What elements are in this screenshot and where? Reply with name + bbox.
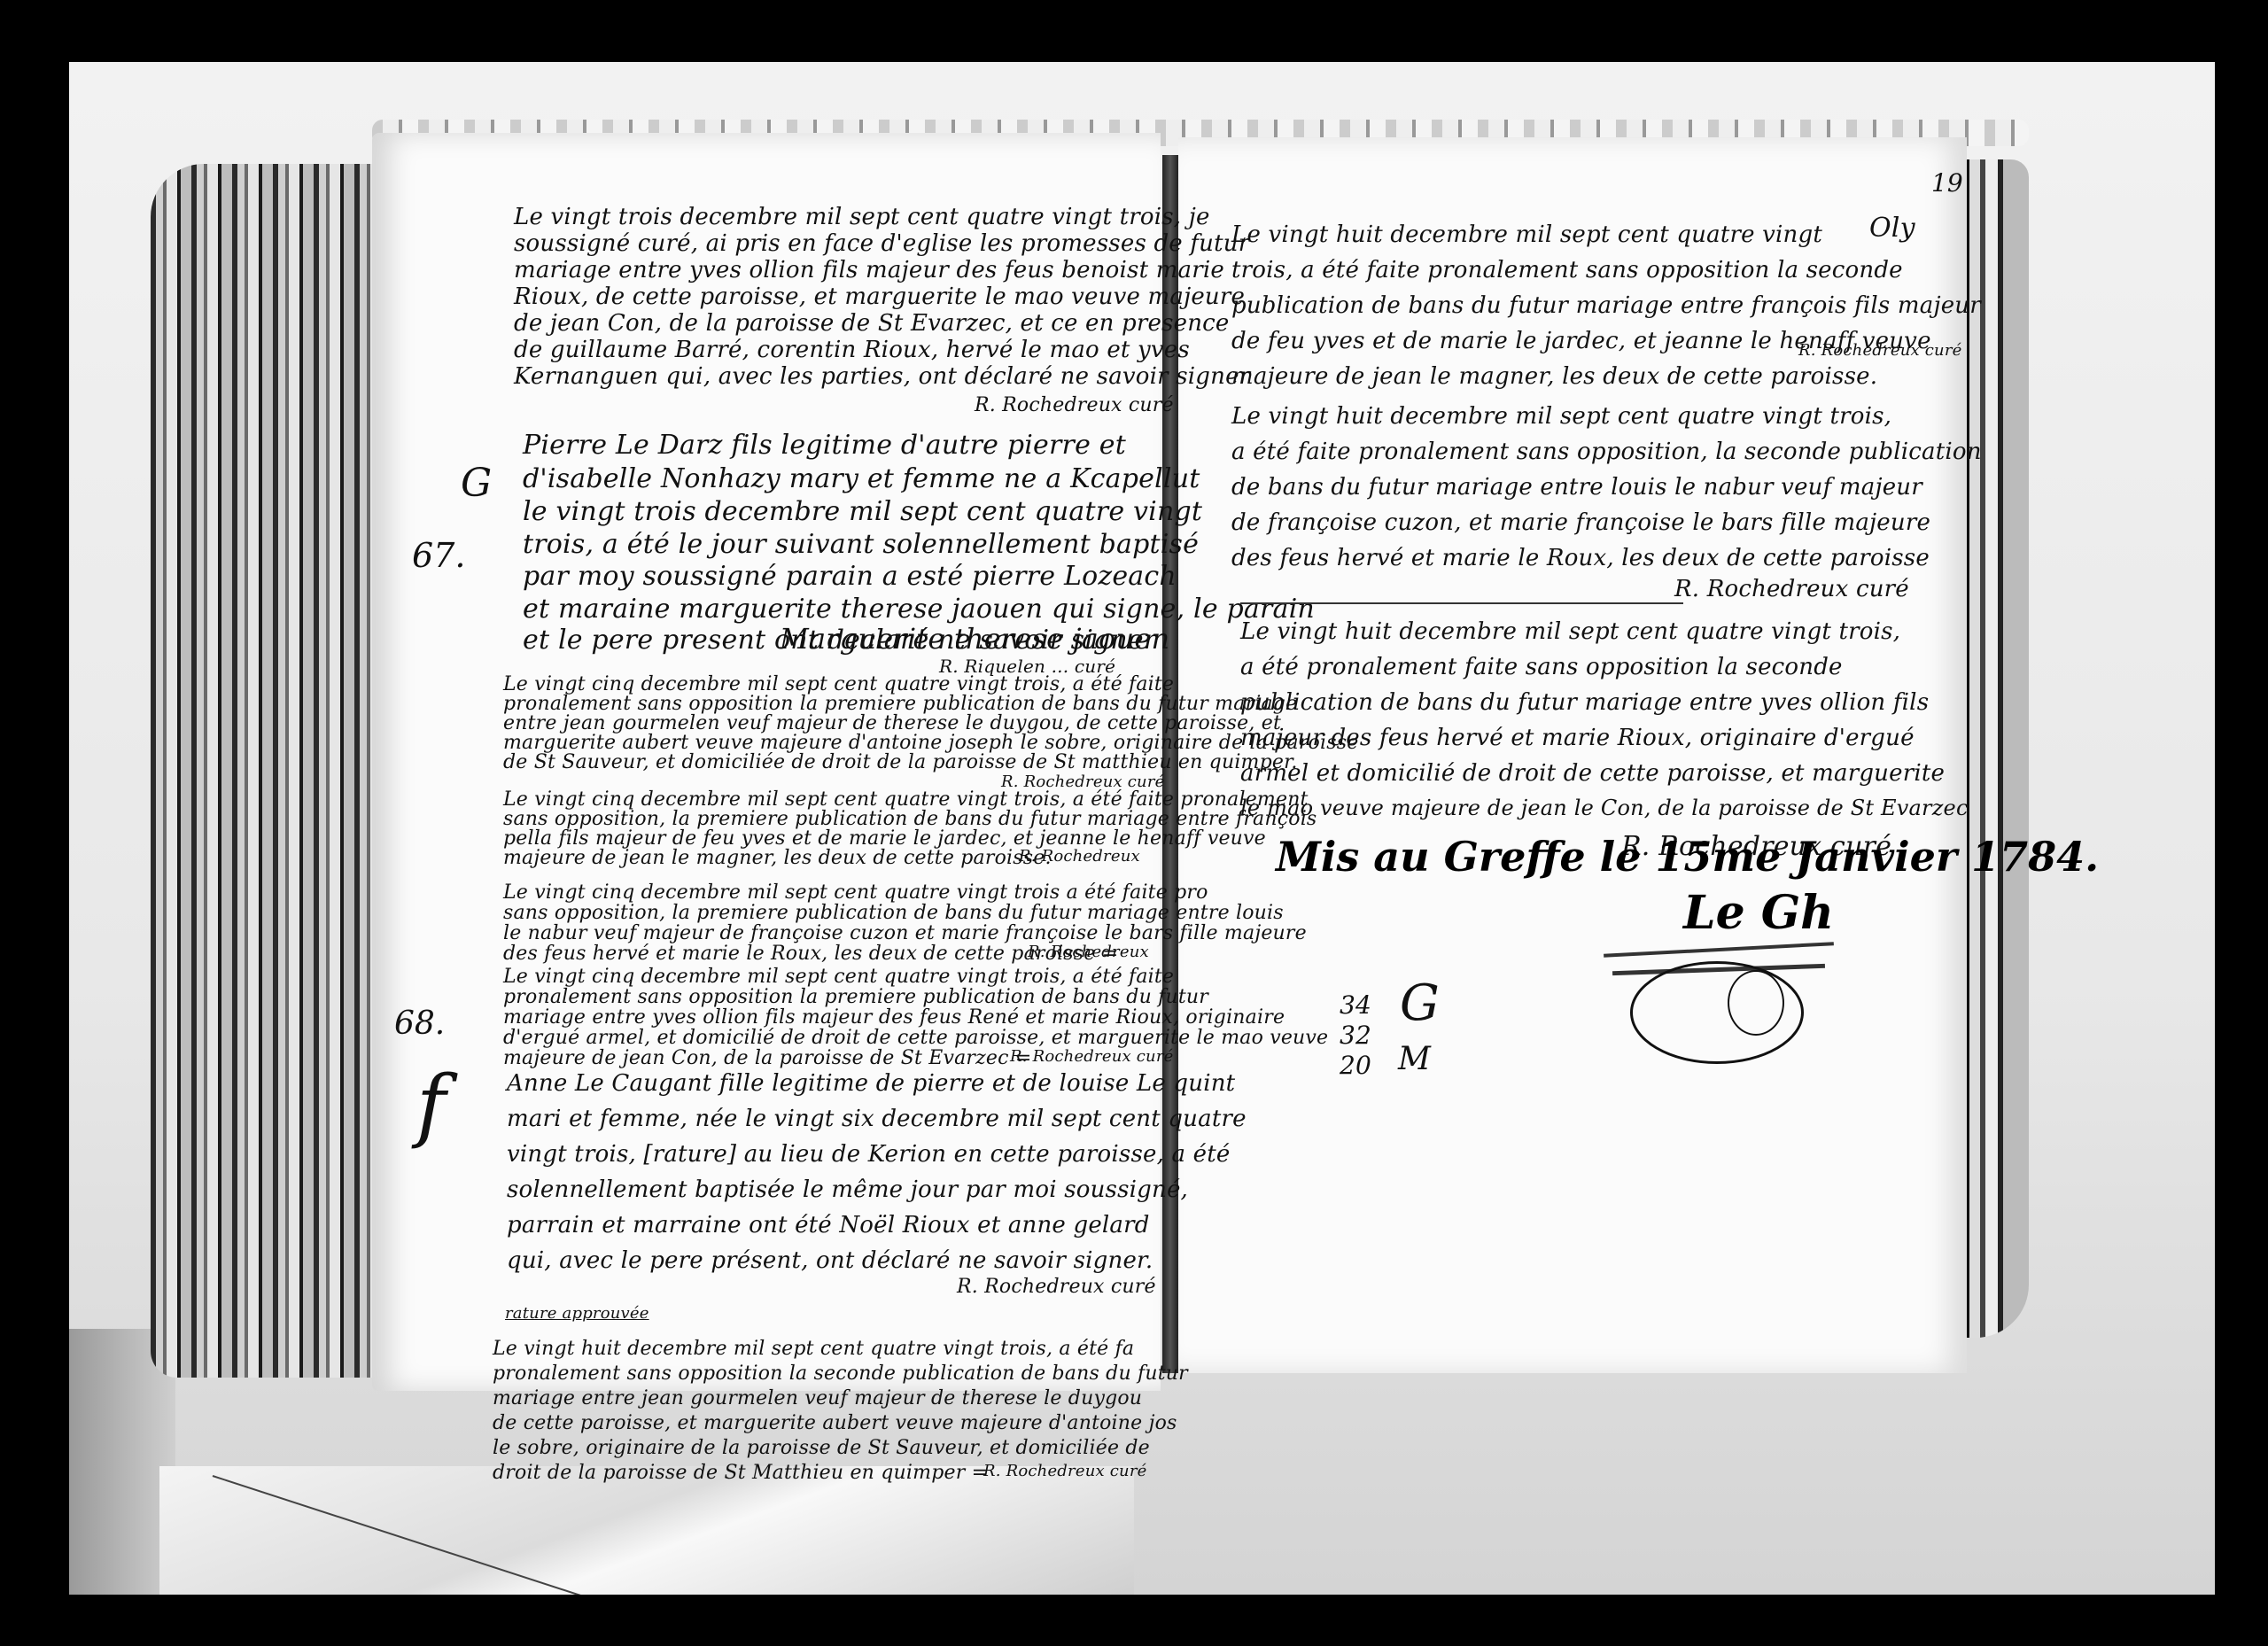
margin-note-f: f: [416, 1059, 446, 1152]
text-line: le mao veuve majeure de jean le Con, de …: [1240, 796, 1969, 820]
text-line: Le vingt huit decembre mil sept cent qua…: [1231, 221, 1822, 248]
text-line: sans opposition, la premiere publication…: [503, 902, 1284, 924]
tally-number: 34: [1340, 990, 1371, 1020]
text-line: Le vingt huit decembre mil sept cent qua…: [1240, 618, 1900, 645]
text-line: des feus hervé et marie le Roux, les deu…: [1231, 545, 1930, 571]
book-page-edges-right: [1962, 159, 2029, 1338]
corner-mark: Oly: [1869, 213, 1915, 244]
tally-number: 32: [1340, 1021, 1371, 1050]
text-line: mariage entre jean gourmelen veuf majeur…: [493, 1387, 1142, 1409]
signature: R. Rochedreux curé: [1674, 576, 1909, 602]
tally-letter: G: [1400, 974, 1440, 1032]
text-line: de cette paroisse, et marguerite aubert …: [493, 1412, 1177, 1434]
erasure-approved-note: rature approuvée: [505, 1304, 649, 1323]
page-number: 19: [1931, 168, 1963, 198]
text-line: majeure de jean le magner, les deux de c…: [503, 847, 1052, 869]
text-line: Anne Le Caugant fille legitime de pierre…: [507, 1070, 1235, 1097]
separator-rule: [1240, 602, 1683, 604]
text-line: vingt trois, [rature] au lieu de Kerion …: [507, 1141, 1231, 1168]
text-line: majeure de jean le magner, les deux de c…: [1231, 363, 1877, 390]
text-line: qui, avec le pere présent, ont déclaré n…: [507, 1247, 1153, 1274]
signature: R. Rochedreux curé: [975, 394, 1174, 416]
signature-godmother: Marguerite therese jaouen: [780, 622, 1169, 656]
folded-paper-bottom: [159, 1466, 1134, 1595]
text-line: Rioux, de cette paroisse, et marguerite …: [514, 283, 1245, 310]
text-line: pronalement sans opposition la seconde p…: [493, 1363, 1188, 1385]
text-line: trois, a été faite pronalement sans oppo…: [1231, 257, 1903, 283]
text-line: Le vingt trois decembre mil sept cent qu…: [514, 204, 1210, 230]
text-line: par moy soussigné parain a esté pierre L…: [523, 561, 1177, 592]
signature: R. Rochedreux curé: [1010, 1047, 1174, 1066]
text-line: solennellement baptisée le même jour par…: [507, 1176, 1188, 1203]
book-page-edges-left: [151, 164, 381, 1378]
text-line: Le vingt cinq decembre mil sept cent qua…: [503, 966, 1174, 988]
text-line: publication de bans du futur mariage ent…: [1231, 292, 1981, 319]
signature-flourish: [1728, 970, 1784, 1036]
text-line: Kernanguen qui, avec les parties, ont dé…: [514, 363, 1250, 390]
text-line: de françoise cuzon, et marie françoise l…: [1231, 509, 1930, 536]
signature: R. Rochedreux: [1028, 943, 1149, 961]
text-line: armel et domicilié de droit de cette par…: [1240, 760, 1945, 787]
text-line: mariage entre yves ollion fils majeur de…: [514, 257, 1224, 283]
text-line: le nabur veuf majeur de françoise cuzon …: [503, 922, 1307, 944]
tally-letter: M: [1398, 1041, 1431, 1077]
text-line: trois, a été le jour suivant solennellem…: [523, 529, 1199, 560]
text-line: Le vingt huit decembre mil sept cent qua…: [493, 1338, 1134, 1360]
text-line: de jean Con, de la paroisse de St Evarze…: [514, 310, 1230, 337]
text-line: d'ergué armel, et domicilié de droit de …: [503, 1027, 1328, 1049]
text-line: parrain et marraine ont été Noël Rioux e…: [507, 1212, 1150, 1238]
text-line: mari et femme, née le vingt six decembre…: [507, 1106, 1247, 1132]
clerk-signature: Le Gh: [1683, 886, 1834, 940]
text-line: mariage entre yves ollion fils majeur de…: [503, 1006, 1285, 1029]
text-line: a été pronalement faite sans opposition …: [1240, 654, 1843, 680]
text-line: et maraine marguerite therese jaouen qui…: [523, 594, 1315, 625]
margin-note-68: 68.: [394, 1005, 445, 1042]
text-line: Le vingt huit decembre mil sept cent qua…: [1231, 403, 1891, 430]
text-line: soussigné curé, ai pris en face d'eglise…: [514, 230, 1249, 257]
text-line: des feus hervé et marie le Roux, les deu…: [503, 943, 1118, 965]
text-line: pronalement sans opposition la premiere …: [503, 986, 1208, 1008]
text-line: publication de bans du futur mariage ent…: [1240, 689, 1929, 716]
signature: R. Rochedreux curé: [957, 1276, 1156, 1298]
text-line: de St Sauveur, et domiciliée de droit de…: [503, 751, 1298, 773]
signature: R. Rochedreux curé: [1798, 341, 1962, 360]
text-line: a été faite pronalement sans opposition,…: [1231, 439, 1982, 465]
text-line: le sobre, originaire de la paroisse de S…: [493, 1437, 1150, 1459]
greffe-deposit-note: Mis au Greffe le 15me Janvier 1784.: [1276, 833, 2099, 881]
text-line: de bans du futur mariage entre louis le …: [1231, 474, 1922, 501]
margin-note-g: G: [461, 461, 492, 506]
text-line: majeur des feus hervé et marie Rioux, or…: [1240, 725, 1915, 751]
text-line: d'isabelle Nonhazy mary et femme ne a Kc…: [523, 463, 1200, 494]
signature: R. Rochedreux: [1019, 847, 1140, 866]
text-line: droit de la paroisse de St Matthieu en q…: [493, 1462, 988, 1484]
text-line: le vingt trois decembre mil sept cent qu…: [523, 496, 1202, 527]
text-line: Le vingt cinq decembre mil sept cent qua…: [503, 881, 1208, 904]
text-line: Pierre Le Darz fils legitime d'autre pie…: [523, 430, 1126, 461]
text-line: majeure de jean Con, de la paroisse de S…: [503, 1047, 1031, 1069]
signature: R. Rochedreux curé: [983, 1462, 1147, 1480]
tally-number: 20: [1340, 1051, 1371, 1080]
text-line: de guillaume Barré, corentin Rioux, herv…: [514, 337, 1190, 363]
margin-note-67: 67.: [412, 536, 465, 575]
